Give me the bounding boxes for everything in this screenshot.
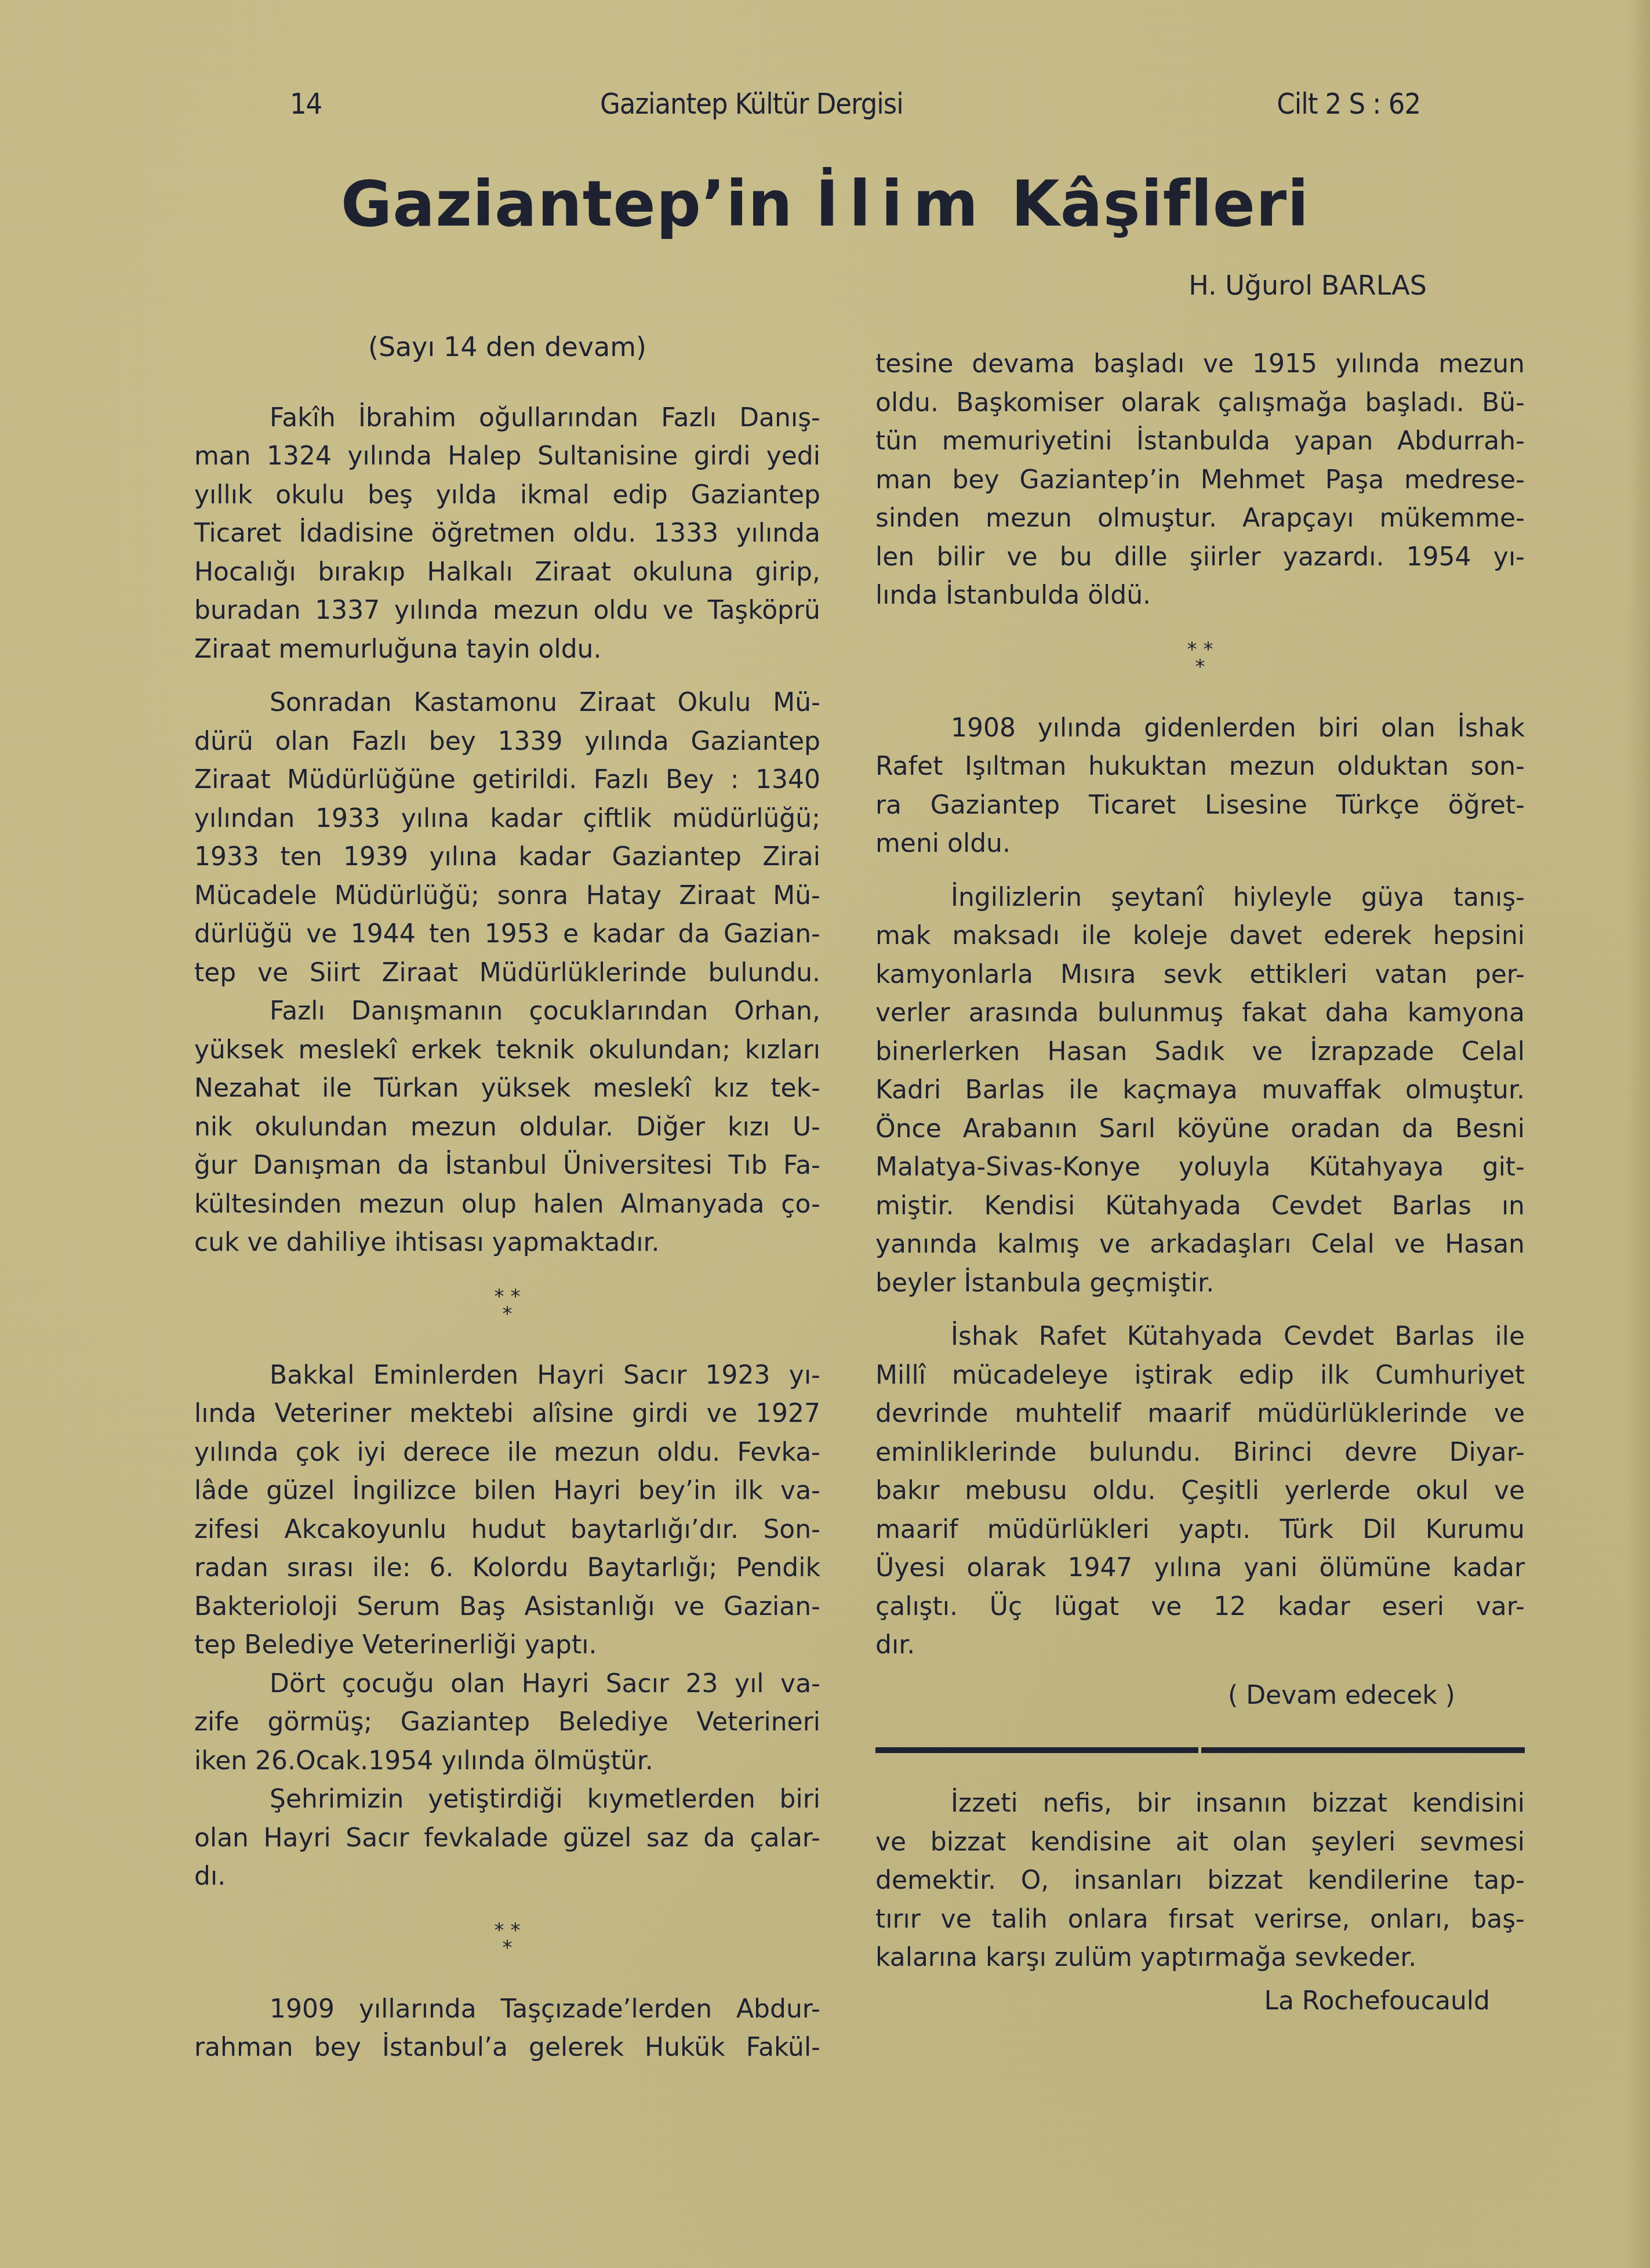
text-line: Hocalığı bırakıp Halkalı Ziraat okuluna …	[194, 553, 820, 592]
paragraph: İshak Rafet Kütahyada Cevdet Barlas ile …	[875, 1318, 1525, 1665]
text-line: Önce Arabanın Sarıl köyüne oradan da Bes…	[875, 1110, 1525, 1149]
text-line: Mücadele Müdürlüğü; sonra Hatay Ziraat M…	[194, 877, 820, 916]
running-header: 14 Gaziantep Kültür Dergisi Cilt 2 S : 6…	[290, 87, 1420, 133]
text-line: Bakterioloji Serum Baş Asistanlığı ve Ga…	[194, 1588, 820, 1627]
text-line: Rafet Işıltman hukuktan mezun olduktan s…	[875, 747, 1525, 786]
paragraph: Dört çocuğu olan Hayri Sacır 23 yıl va- …	[194, 1665, 820, 1781]
text-line: yüksek meslekî erkek teknik okulundan; k…	[194, 1031, 820, 1070]
text-line: 1908 yılında gidenlerden biri olan İshak	[875, 709, 1525, 748]
text-line: Ziraat Müdürlüğüne getirildi. Fazlı Bey …	[194, 761, 820, 800]
right-column: tesine devama başladı ve 1915 yılında me…	[875, 345, 1525, 2020]
text-line: Millî mücadeleye iştirak edip ilk Cumhur…	[875, 1356, 1525, 1395]
text-line: Fakîh İbrahim oğullarından Fazlı Danış-	[194, 399, 820, 438]
to-be-continued-note: ( Devam edecek )	[875, 1676, 1525, 1715]
page-number: 14	[290, 87, 322, 121]
text-line: yanında kalmış ve arkadaşları Celal ve H…	[875, 1225, 1525, 1264]
text-line: İngilizlerin şeytanî hiyleyle güya tanış…	[875, 879, 1525, 917]
text-line: yılından 1933 yılına kadar çiftlik müdür…	[194, 800, 820, 839]
section-separator-asterisks: * * *	[194, 1288, 820, 1323]
text-line: lâde güzel İngilizce bilen Hayri bey’in …	[194, 1472, 820, 1511]
text-line: lında İstanbulda öldü.	[875, 576, 1525, 615]
text-line: dürlüğü ve 1944 ten 1953 e kadar da Gazi…	[194, 915, 820, 954]
text-line: mak maksadı ile koleje davet ederek heps…	[875, 917, 1525, 956]
text-line: Üyesi olarak 1947 yılına yani ölümüne ka…	[875, 1549, 1525, 1588]
text-line: ra Gaziantep Ticaret Lisesine Türkçe öğr…	[875, 786, 1525, 825]
text-line: tep ve Siirt Ziraat Müdürlüklerinde bulu…	[194, 954, 820, 993]
text-line: meni oldu.	[875, 825, 1525, 863]
quote-line: ve bizzat kendisine ait olan şeyleri sev…	[875, 1823, 1525, 1862]
text-line: Fazlı Danışmanın çocuklarından Orhan,	[194, 992, 820, 1031]
text-line: man bey Gaziantep’in Mehmet Paşa medrese…	[875, 461, 1525, 500]
section-separator-asterisks: * * *	[194, 1922, 820, 1957]
paragraph: 1908 yılında gidenlerden biri olan İshak…	[875, 709, 1525, 863]
text-line: Ticaret İdadisine öğretmen oldu. 1333 yı…	[194, 514, 820, 553]
text-line: sinden mezun olmuştur. Arapçayı mükemme-	[875, 499, 1525, 538]
text-line: radan sırası ile: 6. Kolordu Baytarlığı;…	[194, 1549, 820, 1588]
paragraph: tesine devama başladı ve 1915 yılında me…	[875, 345, 1525, 615]
title-part-2: İlim	[816, 168, 989, 241]
quote-line: kalarına karşı zulüm yaptırmağa sevkeder…	[875, 1939, 1525, 1977]
text-line: binerlerken Hasan Sadık ve İzrapzade Cel…	[875, 1033, 1525, 1072]
left-column: (Sayı 14 den devam) Fakîh İbrahim oğulla…	[194, 328, 820, 2067]
text-line: Ziraat memurluğuna tayin oldu.	[194, 630, 820, 669]
text-line: zifesi Akcakoyunlu hudut baytarlığı’dır.…	[194, 1511, 820, 1550]
horizontal-divider-rule	[875, 1747, 1525, 1753]
quote-line: tırır ve talih onlara fırsat verirse, on…	[875, 1900, 1525, 1939]
text-line: tesine devama başladı ve 1915 yılında me…	[875, 345, 1525, 384]
publication-name: Gaziantep Kültür Dergisi	[600, 87, 903, 121]
quote-line: demektir. O, insanları bizzat kendilerin…	[875, 1861, 1525, 1900]
continued-from-note: (Sayı 14 den devam)	[194, 328, 820, 366]
text-line: nik okulundan mezun oldular. Diğer kızı …	[194, 1108, 820, 1147]
text-line: zife görmüş; Gaziantep Belediye Veterine…	[194, 1703, 820, 1742]
text-line: beyler İstanbula geçmiştir.	[875, 1264, 1525, 1303]
text-line: çalıştı. Üç lügat ve 12 kadar eseri var-	[875, 1588, 1525, 1627]
text-line: Bakkal Eminlerden Hayri Sacır 1923 yı-	[194, 1356, 820, 1395]
text-line: dürü olan Fazlı bey 1339 yılında Gaziant…	[194, 723, 820, 761]
text-line: 1933 ten 1939 yılına kadar Gaziantep Zir…	[194, 838, 820, 877]
text-line: yıllık okulu beş yılda ikmal edip Gazian…	[194, 476, 820, 515]
text-line: Nezahat ile Türkan yüksek meslekî kız te…	[194, 1069, 820, 1108]
text-line: olan Hayri Sacır fevkalade güzel saz da …	[194, 1819, 820, 1858]
text-line: maarif müdürlükleri yaptı. Türk Dil Kuru…	[875, 1511, 1525, 1550]
text-line: man 1324 yılında Halep Sultanisine girdi…	[194, 437, 820, 476]
text-line: rahman bey İstanbul’a gelerek Hukük Fakü…	[194, 2029, 820, 2067]
paragraph: Fazlı Danışmanın çocuklarından Orhan, yü…	[194, 992, 820, 1262]
text-line: dı.	[194, 1857, 820, 1896]
text-line: iken 26.Ocak.1954 yılında ölmüştür.	[194, 1742, 820, 1781]
text-line: verler arasında bulunmuş fakat daha kamy…	[875, 994, 1525, 1033]
paragraph: Şehrimizin yetiştirdiği kıymetlerden bir…	[194, 1780, 820, 1896]
text-line: ğur Danışman da İstanbul Üniversitesi Tı…	[194, 1146, 820, 1185]
text-line: kamyonlarla Mısıra sevk ettikleri vatan …	[875, 956, 1525, 995]
section-separator-asterisks: * * *	[875, 641, 1525, 676]
text-line: kültesinden mezun olup halen Almanyada ç…	[194, 1185, 820, 1224]
quote-attribution: La Rochefoucauld	[875, 1982, 1525, 2021]
title-part-3: Kâşifleri	[1011, 168, 1309, 241]
text-line: Kadri Barlas ile kaçmaya muvaffak olmuşt…	[875, 1071, 1525, 1110]
paragraph: 1909 yıllarında Taşçızade’lerden Abdur- …	[194, 1990, 820, 2067]
text-line: lında Veteriner mektebi alîsine girdi ve…	[194, 1395, 820, 1434]
quote-line: İzzeti nefis, bir insanın bizzat kendisi…	[875, 1784, 1525, 1823]
text-line: len bilir ve bu dille şiirler yazardı. 1…	[875, 538, 1525, 577]
text-line: Malatya-Sivas-Konye yoluyla Kütahyaya gi…	[875, 1148, 1525, 1187]
text-line: tep Belediye Veterinerliği yaptı.	[194, 1626, 820, 1665]
quote-block: İzzeti nefis, bir insanın bizzat kendisi…	[875, 1784, 1525, 1977]
text-line: miştir. Kendisi Kütahyada Cevdet Barlas …	[875, 1187, 1525, 1226]
text-line: devrinde muhtelif maarif müdürlüklerinde…	[875, 1395, 1525, 1434]
text-line: tün memuriyetini İstanbulda yapan Abdurr…	[875, 422, 1525, 461]
volume-issue: Cilt 2 S : 62	[1277, 87, 1420, 121]
text-line: Dört çocuğu olan Hayri Sacır 23 yıl va-	[194, 1665, 820, 1704]
text-line: İshak Rafet Kütahyada Cevdet Barlas ile	[875, 1318, 1525, 1356]
text-line: 1909 yıllarında Taşçızade’lerden Abdur-	[194, 1990, 820, 2029]
paragraph: Fakîh İbrahim oğullarından Fazlı Danış- …	[194, 399, 820, 669]
page-edge-shadow	[1627, 0, 1650, 2268]
text-line: Şehrimizin yetiştirdiği kıymetlerden bir…	[194, 1780, 820, 1819]
text-line: oldu. Başkomiser olarak çalışmağa başlad…	[875, 384, 1525, 423]
text-line: yılında çok iyi derece ile mezun oldu. F…	[194, 1434, 820, 1472]
text-line: Sonradan Kastamonu Ziraat Okulu Mü-	[194, 684, 820, 723]
paragraph: Bakkal Eminlerden Hayri Sacır 1923 yı- l…	[194, 1356, 820, 1665]
text-line: bakır mebusu oldu. Çeşitli yerlerde okul…	[875, 1472, 1525, 1511]
text-line: eminliklerinde bulundu. Birinci devre Di…	[875, 1434, 1525, 1472]
text-line: buradan 1337 yılında mezun oldu ve Taşkö…	[194, 592, 820, 630]
paragraph: İngilizlerin şeytanî hiyleyle güya tanış…	[875, 879, 1525, 1303]
magazine-page: 14 Gaziantep Kültür Dergisi Cilt 2 S : 6…	[0, 0, 1650, 2268]
article-title: Gaziantep’in İlim Kâşifleri	[0, 168, 1650, 241]
paragraph: Sonradan Kastamonu Ziraat Okulu Mü- dürü…	[194, 684, 820, 992]
author-byline: H. Uğurol BARLAS	[1189, 270, 1427, 301]
text-line: dır.	[875, 1626, 1525, 1665]
text-line: cuk ve dahiliye ihtisası yapmaktadır.	[194, 1224, 820, 1262]
title-part-1: Gaziantep’in	[341, 168, 793, 241]
